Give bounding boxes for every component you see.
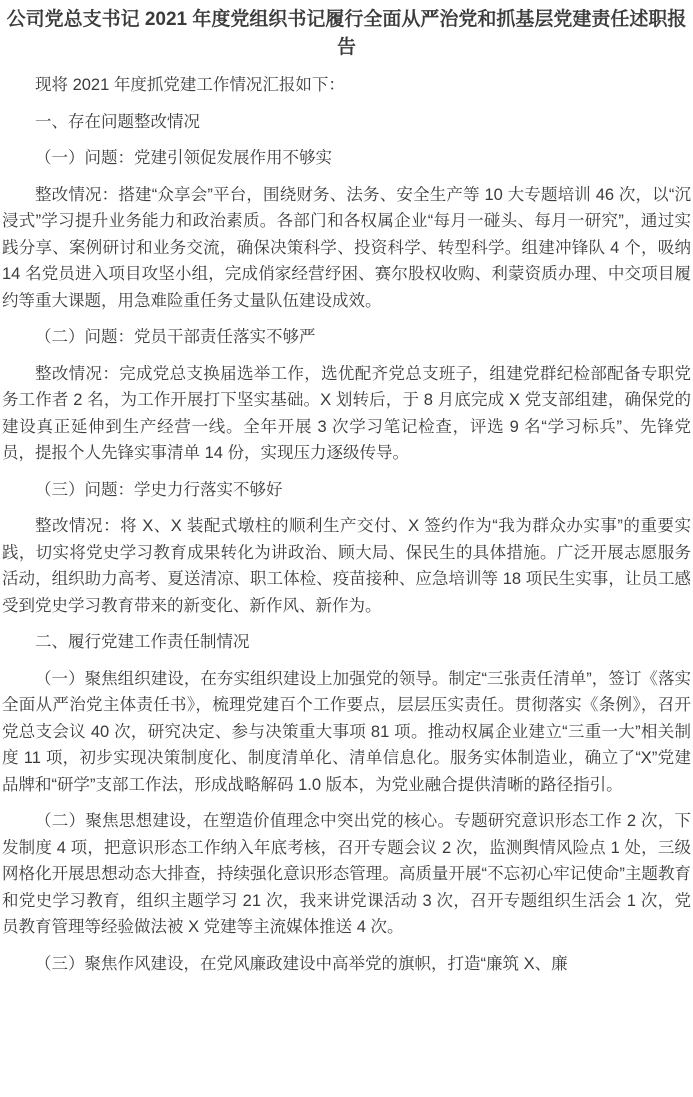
document-page: 公司党总支书记 2021 年度党组织书记履行全面从严治党和抓基层党建责任述职报告… (0, 0, 693, 1097)
section-heading-2: 二、履行党建工作责任制情况 (2, 629, 691, 656)
issue-heading-1-3: （三）问题：学史力行落实不够好 (2, 477, 691, 504)
focus-paragraph-2-3-clipped: （三）聚焦作风建设，在党风廉政建设中高举党的旗帜，打造“廉筑 X、廉 (2, 951, 691, 978)
rectification-paragraph-1: 整改情况：搭建“众享会”平台，围绕财务、法务、安全生产等 10 大专题培训 46… (2, 182, 691, 315)
focus-paragraph-2-1: （一）聚焦组织建设，在夯实组织建设上加强党的领导。制定“三张责任清单”，签订《落… (2, 666, 691, 799)
report-title: 公司党总支书记 2021 年度党组织书记履行全面从严治党和抓基层党建责任述职报告 (2, 6, 691, 62)
rectification-paragraph-2: 整改情况：完成党总支换届选举工作，选优配齐党总支班子，组建党群纪检部配备专职党务… (2, 361, 691, 467)
rectification-paragraph-3: 整改情况：将 X、X 装配式墩柱的顺利生产交付、X 签约作为“我为群众办实事”的… (2, 513, 691, 619)
intro-paragraph: 现将 2021 年度抓党建工作情况汇报如下： (2, 72, 691, 99)
section-heading-1: 一、存在问题整改情况 (2, 109, 691, 136)
issue-heading-1-2: （二）问题：党员干部责任落实不够严 (2, 324, 691, 351)
focus-paragraph-2-2: （二）聚焦思想建设，在塑造价值理念中突出党的核心。专题研究意识形态工作 2 次，… (2, 808, 691, 941)
issue-heading-1-1: （一）问题：党建引领促发展作用不够实 (2, 145, 691, 172)
